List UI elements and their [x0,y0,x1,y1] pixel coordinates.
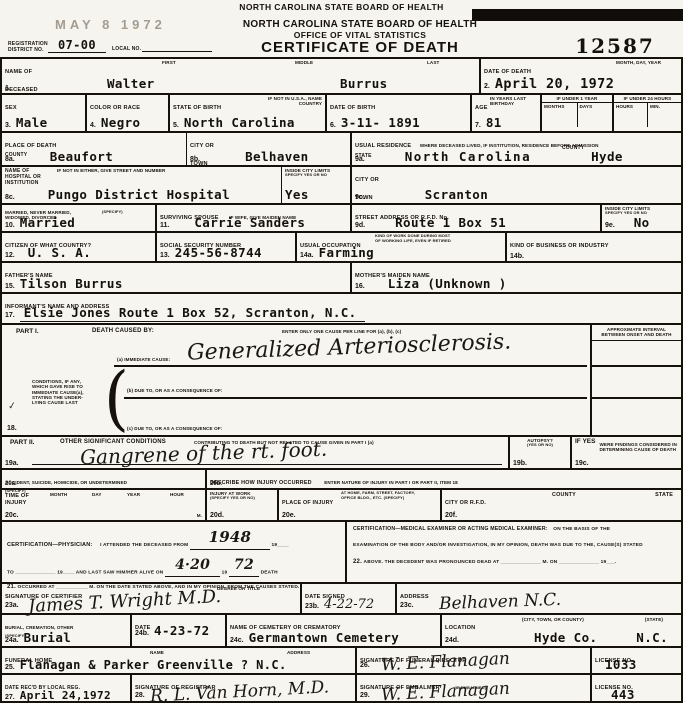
field-number-20b: 20b. [210,481,222,487]
autopsy-sub: (YES OR NO) [513,443,567,448]
sex-label: SEX [5,105,17,111]
under-24-hours-label: IF UNDER 24 HOURS [614,95,681,103]
last-name-value: Burrus [340,76,388,91]
field-number-20e: 20e. [282,512,296,519]
field-number-7: 7. [475,122,481,129]
field-number-23a: 23a. [5,602,19,609]
field-sex: SEX 3. Male [2,95,87,131]
certifier-signature: James T. Wright M.D. [27,586,221,617]
months-label: MONTHS [542,103,578,127]
field-number-23b: 23b. [305,603,319,610]
spouse-value: Carrie Sanders [194,215,305,230]
age-value: 81 [486,115,502,130]
death-word: DEATH [261,570,278,575]
street-value: Route 1 Box 51 [395,215,506,230]
days-label: DAYS [578,103,613,127]
field-burial-date: DATE 24b. 4-23-72 [132,615,227,646]
pod-county-value: Beaufort [50,149,113,164]
month-label: MONTH [50,492,67,497]
field-number-17: 17. [5,312,15,319]
field-date-of-death: DATE OF DEATH MONTH, DAY, YEAR 2. April … [481,59,681,93]
field-date-signed: DATE SIGNED 23b. 4-22-72 [302,584,397,613]
cause-a-line [114,365,587,367]
certification-physician: CERTIFICATION—PHYSICIAN: I ATTENDED THE … [2,522,347,582]
field-autopsy: AUTOPSY? (YES OR NO) 19b. [510,437,572,468]
field-number-8c: 8c. [5,194,15,201]
burial-value: Burial [24,630,72,645]
field-if-under-24-hours: IF UNDER 24 HOURS HOURS MIN. [614,95,681,131]
field-number-13: 13. [160,252,170,259]
ssn-value: 245-56-8744 [175,245,262,260]
field-number-20d: 20d. [210,512,224,519]
check-mark [7,400,17,412]
findings-label: WERE FINDINGS CONSIDERED IN DETERMINING … [599,442,676,453]
field-number-24d: 24d. [445,637,459,644]
field-injury-location: CITY OR R.F.D. COUNTY STATE 20f. [442,490,681,520]
field-number-14a: 14a. [300,252,314,259]
cert-physician-19: 19 [222,570,228,575]
field-pod-city: CITY OR TOWN 8b. Belhaven [187,133,352,165]
field-number-24a: 24a. [5,637,19,644]
field-number-2: 2. [484,83,490,90]
field-surviving-spouse: SURVIVING SPOUSE IF WIFE, GIVE MAIDEN NA… [157,205,352,231]
field-time-of-injury: TIME OF INJURY MONTH DAY YEAR HOUR 20c. … [2,490,207,520]
field-number-27: 27. [5,694,15,701]
certificate-form: NAME OF DECEASED FIRST MIDDLE LAST 1. Wa… [0,57,683,703]
res-icl-value: No [634,215,650,230]
field-number-6: 6. [330,122,336,129]
field-number-20f: 20f. [445,512,457,519]
place-of-injury-sub: AT HOME, FARM, STREET, FACTORY, OFFICE B… [341,491,415,500]
marital-value: Married [20,215,75,230]
field-funeral-director-signature: SIGNATURE OF FUNERAL DIRECTOR 26. W. E. … [357,648,592,673]
marital-sub: (SPECIFY) [102,210,123,215]
director-license-value: 1033 [605,657,637,672]
location-state-value: N.C. [636,630,668,645]
field-number-10: 10. [5,222,15,229]
registrar-signature-value: R. L. Van Horn, M.D. [149,677,329,703]
field-number-24c: 24c. [230,637,244,644]
location-value: Hyde Co. [534,630,597,645]
hospital-sub: IF NOT IN EITHER, GIVE STREET AND NUMBER [57,168,165,173]
state-of-birth-sub: IF NOT IN U.S.A., NAME COUNTRY [268,96,322,107]
due-to-c-label: (c) DUE TO, OR AS A CONSEQUENCE OF: [127,426,222,431]
field-street-address: STREET ADDRESS OR R.F.D. No. 9d. Route 1… [352,205,602,231]
field-number-20a: 20a. [5,481,17,487]
m-suffix: M. [197,513,202,518]
field-accident-suicide: ACCIDENT, SUICIDE, HOMICIDE, OR UNDETERM… [2,470,207,488]
field-industry: KIND OF BUSINESS OR INDUSTRY 14b. [507,233,681,261]
certificate-title: CERTIFICATE OF DEATH [170,39,550,56]
hospital-value: Pungo District Hospital [48,187,230,202]
hours-label: HOURS [614,103,648,127]
field-name-of-deceased: NAME OF DECEASED FIRST MIDDLE LAST 1. Wa… [2,59,481,93]
field-date-received: DATE REC'D BY LOCAL REG. 27. April 24,19… [2,675,132,703]
field-number-19c: 19c. [575,460,589,467]
cemetery-value: Germantown Cemetery [249,630,400,645]
field-number-8b: 8b. [190,156,200,163]
field-ssn: SOCIAL SECURITY NUMBER 13. 245-56-8744 [157,233,297,261]
field-number-24b: 24b. [135,630,149,637]
part1-cause-of-death: PART I. DEATH CAUSED BY: ENTER ONLY ONE … [2,325,592,435]
field-number-25: 25. [5,664,15,671]
father-value: Tilson Burrus [20,276,123,291]
field-mother-name: MOTHER'S MAIDEN NAME 16. Liza (Unknown ) [352,263,681,292]
registration-district-value: 07-00 [48,38,106,53]
mother-value: Liza (Unknown ) [388,276,507,291]
field-informant: INFORMANT'S NAME AND ADDRESS 17. Elsie J… [2,294,681,323]
field-number-18: 18. [7,425,17,432]
cert-examiner-line1: ON THE BASIS OF THE [553,527,610,532]
field-certifier-address: ADDRESS 23c. Belhaven N.C. [397,584,681,613]
age-sub: IN YEARS LAST BIRTHDAY [490,96,526,107]
field-place-of-injury: PLACE OF INJURY AT HOME, FARM, STREET, F… [279,490,442,520]
registration-district-label: REGISTRATION DISTRICT NO. [8,41,48,53]
race-value: Negro [101,115,141,130]
date-signed-value: 4-22-72 [324,597,374,612]
field-number-20c: 20c. [5,512,19,519]
cert-examiner-line2: EXAMINATION OF THE BODY AND/OR INVESTIGA… [353,543,643,548]
field-residence-city: CITY OR TOWN 9c. Scranton [352,167,681,203]
first-header: FIRST [162,60,176,65]
field-pod-county: PLACE OF DEATH COUNTY 8a. Beaufort [2,133,187,165]
cert-physician-line2: TO ______________ 19____ AND LAST SAW HI… [7,570,163,575]
part1-label: PART I. [16,328,39,335]
location-sub: (CITY, TOWN, OR COUNTY) [522,617,584,622]
min-label: MIN. [648,103,681,127]
interval-label: APPROXIMATE INTERVAL BETWEEN ONSET AND D… [592,325,681,341]
field-state-of-birth: STATE OF BIRTH IF NOT IN U.S.A., NAME CO… [170,95,327,131]
certifier-address-value: Belhaven N.C. [438,590,561,614]
year-label: YEAR [127,492,140,497]
field-number-9d: 9d. [355,222,365,229]
hour-label: HOUR [170,492,184,497]
field-number-11: 11. [160,222,169,229]
pod-icl-value: Yes [285,187,309,202]
hospital-label: NAME OF HOSPITAL OR INSTITUTION [5,168,41,186]
pod-city-value: Belhaven [245,149,308,164]
cert-physician-line1-year: 19____ [272,543,289,548]
due-to-b-label: (b) DUE TO, OR AS A CONSEQUENCE OF: [127,388,223,393]
field-number-9c: 9c. [355,194,365,201]
field-number-9a: 9a. [355,156,365,163]
funeral-home-value: Flanagan & Parker Greenville ? N.C. [20,658,287,672]
first-name-value: Walter [107,76,155,91]
residence-city-value: Scranton [425,187,488,202]
field-number-1: 1. [5,85,11,92]
certificate-number: 12587 [560,34,670,58]
field-autopsy-findings: IF YES WERE FINDINGS CONSIDERED IN DETER… [572,437,681,468]
field-date-of-birth: DATE OF BIRTH 6. 3-11- 1891 [327,95,472,131]
field-number-12: 12. [5,252,15,259]
burial-date-value: 4-23-72 [154,623,209,638]
field-number-28: 28. [135,692,145,699]
field-hospital: NAME OF HOSPITAL OR INSTITUTION IF NOT I… [2,167,282,203]
state-of-birth-value: North Carolina [184,115,295,130]
cert-examiner-line3: ABOVE. THE DECEDENT WAS PRONOUNCED DEAD … [364,560,617,565]
field-number-16: 16. [355,283,365,290]
field-number-9e: 9e. [605,222,615,229]
field-injury-at-work: INJURY AT WORK (SPECIFY YES OR NO) 20d. [207,490,279,520]
residence-county-value: Hyde [591,149,623,164]
death-caused-by-label: DEATH CAUSED BY: [92,328,154,335]
field-number-19b: 19b. [513,460,527,467]
field-embalmer-license: LICENSE NO. 443 [592,675,681,703]
field-director-license: LICENSE NO. 1033 [592,648,681,673]
injury-county-label: COUNTY [552,492,576,498]
field-occupation: USUAL OCCUPATION KIND OF WORK DONE DURIN… [297,233,507,261]
funeral-address-header: ADDRESS [287,650,310,655]
last-seen-value: 4·20 [165,555,220,577]
death-certificate-scan: NORTH CAROLINA STATE BOARD OF HEALTH MAY… [0,0,683,703]
cause-b-line [124,397,587,399]
cert-physician-title: CERTIFICATION—PHYSICIAN: [7,542,93,548]
field-residence-state-county: USUAL RESIDENCE WHERE DECEASED LIVED, IF… [352,133,681,165]
date-of-birth-value: 3-11- 1891 [341,115,420,130]
field-number-19a: 19a. [5,460,19,467]
field-number-15: 15. [5,283,15,290]
field-race: COLOR OR RACE 4. Negro [87,95,170,131]
funeral-director-signature-value: W. E. Flanagan [380,649,510,676]
injury-at-work-sub: (SPECIFY YES OR NO) [210,496,274,501]
day-label: DAY [92,492,102,497]
brace-icon [104,364,129,434]
field-number-26: 26. [360,662,370,669]
local-no-label: LOCAL NO. [112,46,141,52]
field-number-5: 5. [173,122,179,129]
field-residence-inside-city-limits: INSIDE CITY LIMITS SPECIFY YES OR NO 9e.… [602,205,681,231]
occupation-value: Farming [319,245,374,260]
interval-line-b [592,397,681,399]
embalmer-signature-value: W. E. Flanagan [380,679,510,703]
middle-header: MIDDLE [295,60,313,65]
date-of-death-value: April 20, 1972 [495,76,614,92]
certification-medical-examiner: CERTIFICATION—MEDICAL EXAMINER OR ACTING… [347,522,681,582]
funeral-name-header: NAME [150,650,164,655]
date-received-value: April 24,1972 [20,689,111,702]
cert-physician-line1: I ATTENDED THE DECEASED FROM [100,543,188,548]
location-state-sub: (STATE) [645,617,663,622]
last-header: LAST [427,60,439,65]
occupation-sub: KIND OF WORK DONE DURING MOST OF WORKING… [375,234,451,243]
informant-value: Elsie Jones Route 1 Box 52, Scranton, N.… [20,305,365,322]
field-number-29: 29. [360,692,370,699]
if-yes-label: IF YES [575,438,595,445]
field-father-name: FATHER'S NAME 15. Tilson Burrus [2,263,352,292]
date-of-death-sub: MONTH, DAY, YEAR [616,60,661,65]
field-signature-of-certifier: SIGNATURE OF CERTIFIER DEGREE OR TITLE 2… [2,584,302,613]
pod-icl-sub: SPECIFY YES OR NO [285,173,347,178]
field-number-3: 3. [5,122,11,129]
age-label: AGE [475,105,488,112]
part2-other-conditions: PART II. OTHER SIGNIFICANT CONDITIONS CO… [2,437,510,468]
field-marital-status: MARRIED, NEVER MARRIED, WIDOWED, DIVORCE… [2,205,157,231]
race-label: COLOR OR RACE [90,105,140,111]
industry-label: KIND OF BUSINESS OR INDUSTRY [510,243,609,249]
date-of-birth-label: DATE OF BIRTH [330,105,375,111]
field-number-14b: 14b. [510,253,524,260]
field-cemetery: NAME OF CEMETERY OR CREMATORY 24c. Germa… [227,615,442,646]
embalmer-license-value: 443 [611,687,635,702]
place-of-injury-label: PLACE OF INJURY [282,500,333,506]
injury-city-label: CITY OR R.F.D. [445,500,486,506]
citizen-value: U. S. A. [28,245,91,260]
field-pod-inside-city-limits: INSIDE CITY LIMITS SPECIFY YES OR NO Yes [282,167,352,203]
field-registrar-signature: SIGNATURE OF REGISTRAR 28. R. L. Van Hor… [132,675,357,703]
local-no-blank [142,38,212,52]
injury-state-label: STATE [655,492,673,498]
last-seen-year-value: 72 [229,555,259,577]
part1-interval-column: APPROXIMATE INTERVAL BETWEEN ONSET AND D… [592,325,681,435]
date-of-death-label: DATE OF DEATH [484,69,531,76]
agency-name: NORTH CAROLINA STATE BOARD OF HEALTH [170,19,550,30]
interval-line-a [592,365,681,367]
field-number-22: 22. [353,559,362,565]
field-number-8a: 8a. [5,156,15,163]
under-1-year-label: IF UNDER 1 YEAR [542,95,612,103]
conditions-label: CONDITIONS, IF ANY, WHICH GAVE RISE TO I… [32,379,107,405]
field-number-4: 4. [90,122,96,129]
field-burial-cremation: BURIAL, CREMATION, OTHER (SPECIFY) 24a. … [2,615,132,646]
field-embalmer-signature: SIGNATURE OF EMBALMER (IF EMBALMED) 29. … [357,675,592,703]
part2-line [32,464,502,465]
state-of-birth-label: STATE OF BIRTH [173,105,221,112]
part2-label: PART II. [10,439,34,446]
field-age: AGE IN YEARS LAST BIRTHDAY 7. 81 [472,95,542,131]
field-funeral-home: FUNERAL HOME NAME ADDRESS 25. Flanagan &… [2,648,357,673]
field-number-23c: 23c. [400,602,414,609]
sex-value: Male [16,115,48,130]
attended-from-value: 1948 [190,526,270,550]
immediate-cause-value: Generalized Arteriosclerosis. [187,329,512,365]
residence-state-value: North Carolina [405,149,531,164]
time-of-injury-label: TIME OF INJURY [5,493,29,506]
field-how-injury-occurred: DESCRIBE HOW INJURY OCCURRED ENTER NATUR… [207,470,681,488]
field-citizen: CITIZEN OF WHAT COUNTRY? 12. U. S. A. [2,233,157,261]
cert-examiner-title: CERTIFICATION—MEDICAL EXAMINER OR ACTING… [353,526,548,532]
field-burial-location: LOCATION (CITY, TOWN, OR COUNTY) (STATE)… [442,615,681,646]
field-if-under-1-year: IF UNDER 1 YEAR MONTHS DAYS [542,95,614,131]
